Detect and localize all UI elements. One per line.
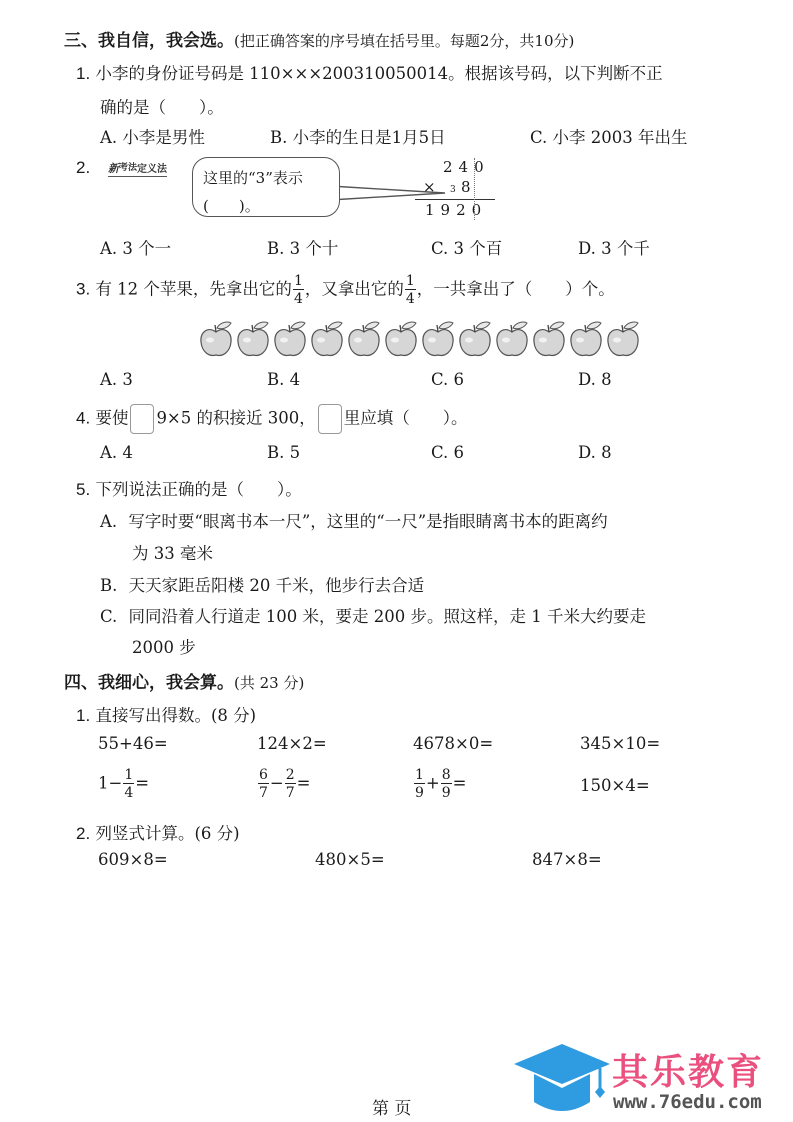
equals-sign: = bbox=[135, 774, 149, 793]
fraction: 27 bbox=[285, 768, 296, 800]
question-number: 2. bbox=[76, 824, 90, 843]
apple-icon bbox=[272, 320, 308, 358]
q5-option-c-line2: 2000 步 bbox=[132, 634, 196, 658]
fraction: 67 bbox=[258, 768, 269, 800]
speech-bubble: 这里的“3”表示 ( )。 bbox=[192, 157, 340, 217]
calc-item: 124×2= bbox=[257, 734, 327, 753]
result-line bbox=[415, 199, 495, 200]
q2-option-a[interactable]: A. 3 个一 bbox=[100, 235, 171, 259]
numerator: 8 bbox=[441, 768, 452, 784]
question-number: 3. bbox=[76, 280, 90, 299]
q3-option-d[interactable]: D. 8 bbox=[578, 370, 612, 389]
blank-box[interactable] bbox=[318, 404, 342, 434]
q3-option-a[interactable]: A. 3 bbox=[100, 370, 133, 389]
calc-item-fraction: 19+89= bbox=[413, 768, 467, 800]
calc-item-fraction: 1−14= bbox=[98, 768, 149, 800]
option-text: 同同沿着人行道走 100 米，要走 200 步。照这样，走 1 千米大约要走 bbox=[129, 607, 646, 626]
question-5: 5. 下列说法正确的是（ ）。 bbox=[76, 476, 302, 500]
logo-url: www.76edu.com bbox=[613, 1091, 762, 1113]
denominator: 7 bbox=[285, 784, 296, 800]
apple-icon bbox=[346, 320, 382, 358]
question-text: 直接写出得数。(8 分) bbox=[95, 706, 256, 725]
carry-digit: 3 bbox=[450, 185, 462, 195]
calc-item-fraction: 67−27= bbox=[257, 768, 311, 800]
calc-item: 150×4= bbox=[580, 776, 650, 795]
equals-sign: = bbox=[453, 774, 467, 793]
logo-name: 其乐教育 bbox=[612, 1044, 764, 1095]
bubble-line2: ( )。 bbox=[203, 192, 329, 220]
apple-icon bbox=[568, 320, 604, 358]
section-4-header: 四、我细心，我会算。(共 23 分) bbox=[64, 668, 304, 693]
q2-option-d[interactable]: D. 3 个千 bbox=[578, 235, 650, 259]
graduation-cap-icon bbox=[512, 1040, 612, 1116]
numerator: 1 bbox=[123, 768, 134, 784]
option-text: 写字时要“眼离书本一尺”，这里的“一尺”是指眼睛离书本的距离约 bbox=[128, 512, 607, 531]
calc-item: 55+46= bbox=[98, 734, 168, 753]
option-label: B. bbox=[100, 576, 117, 595]
section-3-title: 三、我自信，我会选。 bbox=[64, 31, 234, 51]
q4-option-a[interactable]: A. 4 bbox=[100, 443, 133, 462]
q1-option-c[interactable]: C. 小李 2003 年出生 bbox=[530, 124, 688, 148]
tag-sub: 定义法 bbox=[137, 164, 167, 175]
apple-icon bbox=[494, 320, 530, 358]
times-sign: × bbox=[423, 178, 442, 196]
q4-text-b: 9×5 的积接近 300， bbox=[156, 409, 315, 428]
calc-item: 345×10= bbox=[580, 734, 660, 753]
q4-option-c[interactable]: C. 6 bbox=[431, 443, 464, 462]
blank-box[interactable] bbox=[130, 404, 154, 434]
apple-icon bbox=[420, 320, 456, 358]
q4-text-a: 要使 bbox=[95, 409, 128, 428]
new-exam-method-tag: 新考法定义法 bbox=[108, 160, 167, 177]
fraction: 89 bbox=[441, 768, 452, 800]
q1-option-a[interactable]: A. 小李是男性 bbox=[100, 124, 205, 148]
question-1-line2: 确的是（ ）。 bbox=[100, 94, 224, 118]
s4-question-2: 2. 列竖式计算。(6 分) bbox=[76, 820, 240, 844]
calc-item: 4678×0= bbox=[413, 734, 493, 753]
q3-text-c: ，一共拿出了（ ）个。 bbox=[417, 280, 615, 299]
s4-question-1: 1. 直接写出得数。(8 分) bbox=[76, 702, 256, 726]
denominator: 4 bbox=[123, 784, 134, 800]
q2-option-c[interactable]: C. 3 个百 bbox=[431, 235, 502, 259]
denominator: 9 bbox=[414, 784, 425, 800]
section-4-note: (共 23 分) bbox=[234, 674, 304, 692]
option-label: A. bbox=[100, 512, 117, 531]
operator: − bbox=[270, 774, 284, 793]
q3-option-c[interactable]: C. 6 bbox=[431, 370, 464, 389]
fraction-one-quarter: 14 bbox=[405, 274, 416, 306]
equals-sign: = bbox=[297, 774, 311, 793]
multiplicand: 240 bbox=[443, 158, 490, 176]
question-text: 列竖式计算。(6 分) bbox=[95, 824, 239, 843]
section-3-header: 三、我自信，我会选。(把正确答案的序号填在括号里。每题2分，共10分) bbox=[64, 26, 574, 51]
q5-option-a-line2: 为 33 毫米 bbox=[132, 540, 213, 564]
question-number: 5. bbox=[76, 480, 90, 499]
q5-option-b[interactable]: B. 天天家距岳阳楼 20 千米，他步行去合适 bbox=[100, 572, 424, 596]
fraction: 19 bbox=[414, 768, 425, 800]
apple-icon bbox=[531, 320, 567, 358]
vertical-calc-item: 480×5= bbox=[315, 850, 385, 869]
option-label: C. bbox=[100, 607, 117, 626]
q1-option-b[interactable]: B. 小李的生日是1月5日 bbox=[270, 124, 446, 148]
tag-sup: 考法 bbox=[119, 163, 137, 173]
denominator: 4 bbox=[405, 290, 416, 306]
q5-option-c[interactable]: C. 同同沿着人行道走 100 米，要走 200 步。照这样，走 1 千米大约要… bbox=[100, 603, 646, 627]
denominator: 9 bbox=[441, 784, 452, 800]
question-1-line1: 1. 小李的身份证号码是 110×××200310050014。根据该号码，以下… bbox=[76, 60, 663, 84]
section-4-title: 四、我细心，我会算。 bbox=[64, 673, 234, 693]
question-3: 3. 有 12 个苹果，先拿出它的14，又拿出它的14，一共拿出了（ ）个。 bbox=[76, 274, 615, 306]
q4-text-c: 里应填（ ）。 bbox=[344, 409, 468, 428]
question-4: 4. 要使9×5 的积接近 300，里应填（ ）。 bbox=[76, 404, 468, 434]
fraction: 14 bbox=[123, 768, 134, 800]
question-number: 4. bbox=[76, 409, 90, 428]
q2-option-b[interactable]: B. 3 个十 bbox=[267, 235, 338, 259]
numerator: 1 bbox=[293, 274, 304, 290]
vertical-calc-item: 609×8= bbox=[98, 850, 168, 869]
place-value-divider bbox=[474, 158, 475, 220]
q3-text-b: ，又拿出它的 bbox=[305, 280, 404, 299]
apple-icon bbox=[235, 320, 271, 358]
denominator: 4 bbox=[293, 290, 304, 306]
denominator: 7 bbox=[258, 784, 269, 800]
vertical-calc-item: 847×8= bbox=[532, 850, 602, 869]
q3-option-b[interactable]: B. 4 bbox=[267, 370, 300, 389]
apple-row bbox=[198, 320, 641, 358]
numerator: 1 bbox=[414, 768, 425, 784]
apple-icon bbox=[383, 320, 419, 358]
tag-main: 新 bbox=[108, 162, 119, 175]
question-text: 小李的身份证号码是 110×××200310050014。根据该号码，以下判断不… bbox=[95, 64, 662, 83]
fraction-one-quarter: 14 bbox=[293, 274, 304, 306]
section-3-note: (把正确答案的序号填在括号里。每题2分，共10分) bbox=[234, 32, 574, 50]
q4-option-d[interactable]: D. 8 bbox=[578, 443, 612, 462]
apple-icon bbox=[457, 320, 493, 358]
numerator: 2 bbox=[285, 768, 296, 784]
question-number: 2. bbox=[76, 158, 90, 178]
product: 1920 bbox=[425, 201, 487, 219]
apple-icon bbox=[198, 320, 234, 358]
bubble-line1: 这里的“3”表示 bbox=[203, 164, 329, 192]
question-number: 1. bbox=[76, 706, 90, 725]
page-number-label: 第 页 bbox=[372, 1094, 411, 1119]
q5-text: 下列说法正确的是（ ）。 bbox=[95, 480, 301, 499]
apple-icon bbox=[605, 320, 641, 358]
numerator: 6 bbox=[258, 768, 269, 784]
numerator: 1 bbox=[405, 274, 416, 290]
q3-text-a: 有 12 个苹果，先拿出它的 bbox=[95, 280, 292, 299]
q5-option-a[interactable]: A. 写字时要“眼离书本一尺”，这里的“一尺”是指眼睛离书本的距离约 bbox=[100, 508, 608, 532]
question-number: 1. bbox=[76, 64, 90, 83]
expr-part: 1− bbox=[98, 774, 122, 793]
option-text: 天天家距岳阳楼 20 千米，他步行去合适 bbox=[129, 576, 425, 595]
q4-option-b[interactable]: B. 5 bbox=[267, 443, 300, 462]
apple-icon bbox=[309, 320, 345, 358]
operator: + bbox=[426, 774, 440, 793]
